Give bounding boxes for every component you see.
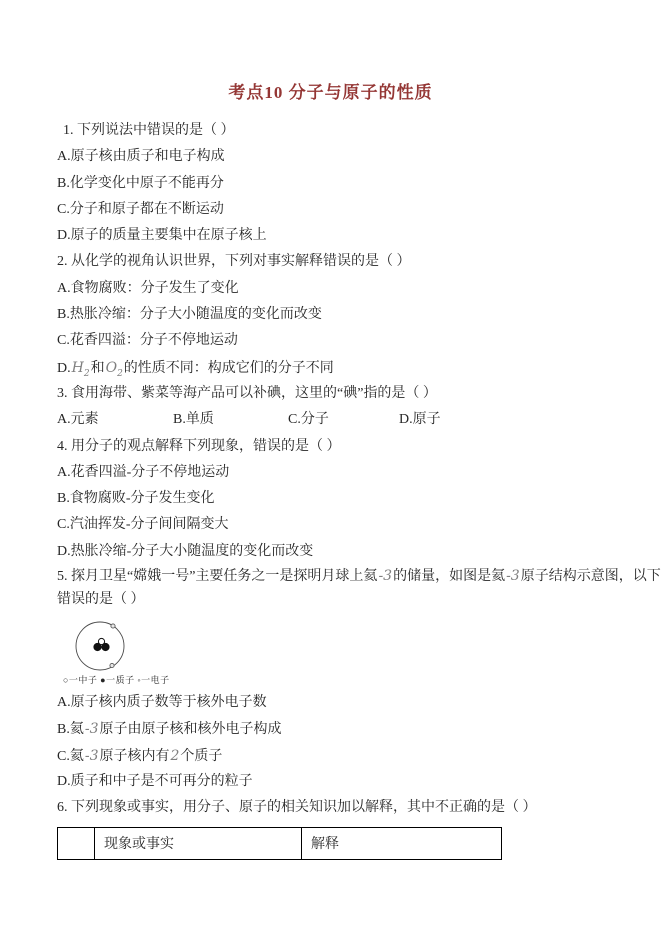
q6-stem: 6. 下列现象或事实，用分子、原子的相关知识加以解释，其中不正确的是（ ） bbox=[57, 795, 631, 821]
q5-stem-text: 的储量，如图是氦 bbox=[393, 569, 505, 584]
q3-option-c: C.分子 bbox=[288, 407, 399, 433]
q6-table: 现象或事实 解释 bbox=[57, 827, 502, 860]
electron-dot bbox=[110, 663, 114, 667]
q5-stem-line2: 错误的是（ ） bbox=[57, 588, 631, 611]
q5-c-text: C.氦 bbox=[57, 749, 84, 764]
atom-structure-drawing bbox=[63, 615, 183, 673]
proton-count-number: 2 bbox=[169, 748, 180, 764]
q1-option-a: A.原子核由质子和电子构成 bbox=[57, 144, 631, 170]
q2-d-text: D. bbox=[57, 361, 71, 376]
electron-dot bbox=[111, 624, 115, 628]
table-header-row: 现象或事实 解释 bbox=[58, 827, 502, 859]
page-title: 考点10 分子与原子的性质 bbox=[0, 78, 661, 103]
q1-option-c: C.分子和原子都在不断运动 bbox=[57, 197, 631, 223]
helium3-formula: -3 bbox=[84, 748, 100, 764]
q2-option-a: A.食物腐败：分子发生了变化 bbox=[57, 276, 631, 302]
proton-dot bbox=[93, 643, 101, 651]
q5-option-b: B.氦-3原子由原子核和核外电子构成 bbox=[57, 716, 631, 742]
q4-option-c: C.汽油挥发-分子间间隔变大 bbox=[57, 512, 631, 538]
helium3-atom-diagram: ○一中子 ●一质子 ◦一电子 bbox=[63, 615, 193, 686]
q1-option-b: B.化学变化中原子不能再分 bbox=[57, 171, 631, 197]
q5-stem-text: 原子结构示意图，以下说法 bbox=[521, 569, 661, 584]
q5-stem-line1: 5. 探月卫星“嫦娥一号”主要任务之一是探明月球上氦-3的储量，如图是氦-3原子… bbox=[57, 565, 631, 588]
q5-b-text: 原子由原子核和核外电子构成 bbox=[99, 722, 281, 737]
table-cell-explanation: 解释 bbox=[302, 827, 502, 859]
q3-option-d: D.原子 bbox=[399, 407, 441, 433]
q5-option-d: D.质子和中子是不可再分的粒子 bbox=[57, 769, 631, 795]
q2-option-b: B.热胀冷缩：分子大小随温度的变化而改变 bbox=[57, 302, 631, 328]
q4-option-b: B.食物腐败-分子发生变化 bbox=[57, 486, 631, 512]
diagram-legend: ○一中子 ●一质子 ◦一电子 bbox=[63, 674, 193, 686]
helium3-formula: -3 bbox=[505, 568, 521, 584]
q3-stem: 3. 食用海带、紫菜等海产品可以补碘，这里的“碘”指的是（ ） bbox=[57, 381, 631, 407]
table-cell-phenomenon: 现象或事实 bbox=[95, 827, 302, 859]
q1-option-d: D.原子的质量主要集中在原子核上 bbox=[57, 223, 631, 249]
document-body: 1. 下列说法中错误的是（ ） A.原子核由质子和电子构成 B.化学变化中原子不… bbox=[0, 118, 661, 860]
q5-option-c: C.氦-3原子核内有2个质子 bbox=[57, 743, 631, 769]
q5-option-a: A.原子核内质子数等于核外电子数 bbox=[57, 690, 631, 716]
q2-stem: 2. 从化学的视角认识世界，下列对事实解释错误的是（ ） bbox=[57, 249, 631, 275]
q3-option-a: A.元素 bbox=[57, 407, 173, 433]
table-cell-index bbox=[58, 827, 95, 859]
q3-options-row: A.元素 B.单质 C.分子 D.原子 bbox=[57, 407, 631, 433]
q4-stem: 4. 用分子的观点解释下列现象，错误的是（ ） bbox=[57, 434, 631, 460]
q3-option-b: B.单质 bbox=[173, 407, 288, 433]
exam-document-page: 考点10 分子与原子的性质 1. 下列说法中错误的是（ ） A.原子核由质子和电… bbox=[0, 0, 661, 935]
q5-c-text: 原子核内有 bbox=[99, 749, 169, 764]
q2-option-d: D.H2和O2的性质不同：构成它们的分子不同 bbox=[57, 355, 631, 381]
q5-c-text: 个质子 bbox=[180, 749, 222, 764]
q5-b-text: B.氦 bbox=[57, 722, 84, 737]
q4-option-d: D.热胀冷缩-分子大小随温度的变化而改变 bbox=[57, 539, 631, 565]
helium3-formula: -3 bbox=[377, 568, 393, 584]
proton-dot bbox=[101, 643, 109, 651]
q2-d-text: 的性质不同：构成它们的分子不同 bbox=[124, 361, 334, 376]
o2-formula: O2 bbox=[105, 360, 124, 376]
h2-formula: H2 bbox=[71, 360, 91, 376]
q5-stem-text: 5. 探月卫星“嫦娥一号”主要任务之一是探明月球上氦 bbox=[57, 569, 377, 584]
q2-option-c: C.花香四溢：分子不停地运动 bbox=[57, 328, 631, 354]
helium3-formula: -3 bbox=[84, 721, 100, 737]
q2-d-text: 和 bbox=[91, 361, 105, 376]
q4-option-a: A.花香四溢-分子不停地运动 bbox=[57, 460, 631, 486]
q1-stem: 1. 下列说法中错误的是（ ） bbox=[57, 118, 631, 144]
